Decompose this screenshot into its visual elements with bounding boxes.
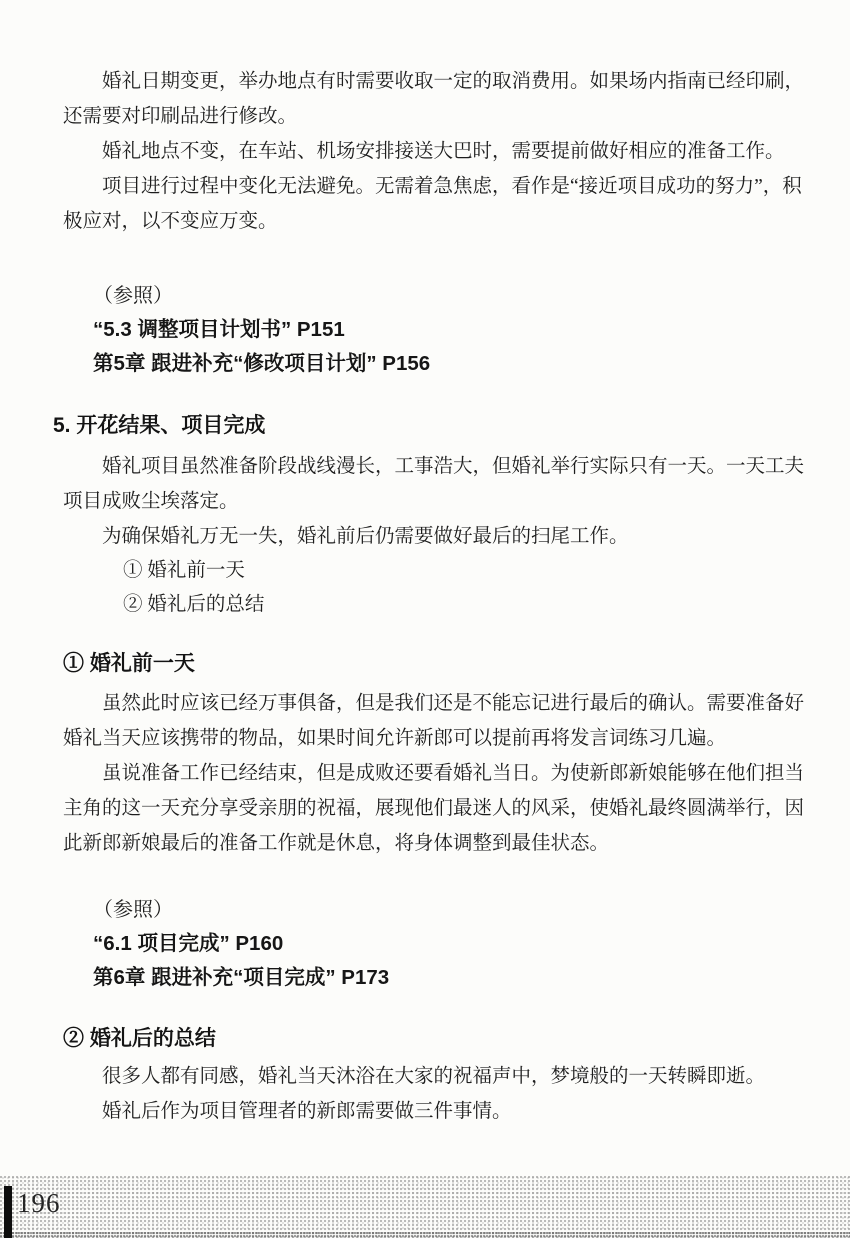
section-5-heading: 5. 开花结果、项目完成 [53,411,808,441]
list-item-post-wedding-summary: ② 婚礼后的总结 [123,588,808,622]
reference-block-1: （参照） “5.3 调整项目计划书” P151 第5章 跟进补充“修改项目计划”… [93,279,808,381]
reference-line-5-3: “5.3 调整项目计划书” P151 [93,313,808,347]
paragraph-final-confirmation: 虽然此时应该已经万事俱备，但是我们还是不能忘记进行最后的确认。需要准备好婚礼当天… [63,686,808,756]
spine-bar [4,1186,12,1238]
paragraph-venue-unchanged: 婚礼地点不变，在车站、机场安排接送大巴时，需要提前做好相应的准备工作。 [63,134,808,169]
reference-block-2: （参照） “6.1 项目完成” P160 第6章 跟进补充“项目完成” P173 [93,893,808,995]
reference-label: （参照） [93,893,808,927]
reference-line-chapter-5: 第5章 跟进补充“修改项目计划” P156 [93,347,808,381]
page-body: 婚礼日期变更，举办地点有时需要收取一定的取消费用。如果场内指南已经印刷，还需要对… [0,64,850,1129]
reference-line-6-1: “6.1 项目完成” P160 [93,927,808,961]
list-item-day-before-wedding: ① 婚礼前一天 [123,554,808,588]
paragraph-change-unavoidable: 项目进行过程中变化无法避免。无需着急焦虑，看作是“接近项目成功的努力”，积极应对… [63,169,808,239]
paragraph-rest-before-wedding: 虽说准备工作已经结束，但是成败还要看婚礼当日。为使新郎新娘能够在他们担当主角的这… [63,756,808,861]
subsection-1-heading: ① 婚礼前一天 [63,650,808,678]
paragraph-final-cleanup: 为确保婚礼万无一失，婚礼前后仍需要做好最后的扫尾工作。 [63,519,808,554]
circled-item-list: ① 婚礼前一天 ② 婚礼后的总结 [63,554,808,622]
reference-label: （参照） [93,279,808,313]
subsection-2-heading: ② 婚礼后的总结 [63,1025,808,1053]
halftone-texture [0,1176,850,1238]
paragraph-dreamlike-day: 很多人都有同感，婚礼当天沐浴在大家的祝福声中，梦境般的一天转瞬即逝。 [63,1059,808,1094]
page-number: 196 [17,1189,61,1217]
paragraph-project-one-day: 婚礼项目虽然准备阶段战线漫长，工事浩大，但婚礼举行实际只有一天。一天工夫项目成败… [63,449,808,519]
scanned-book-page: 婚礼日期变更，举办地点有时需要收取一定的取消费用。如果场内指南已经印刷，还需要对… [0,0,850,1238]
page-footer: 196 [0,1163,850,1238]
halftone-bottom-edge [0,1232,850,1238]
paragraph-date-change: 婚礼日期变更，举办地点有时需要收取一定的取消费用。如果场内指南已经印刷，还需要对… [63,64,808,134]
paragraph-three-things: 婚礼后作为项目管理者的新郎需要做三件事情。 [63,1094,808,1129]
reference-line-chapter-6: 第6章 跟进补充“项目完成” P173 [93,961,808,995]
